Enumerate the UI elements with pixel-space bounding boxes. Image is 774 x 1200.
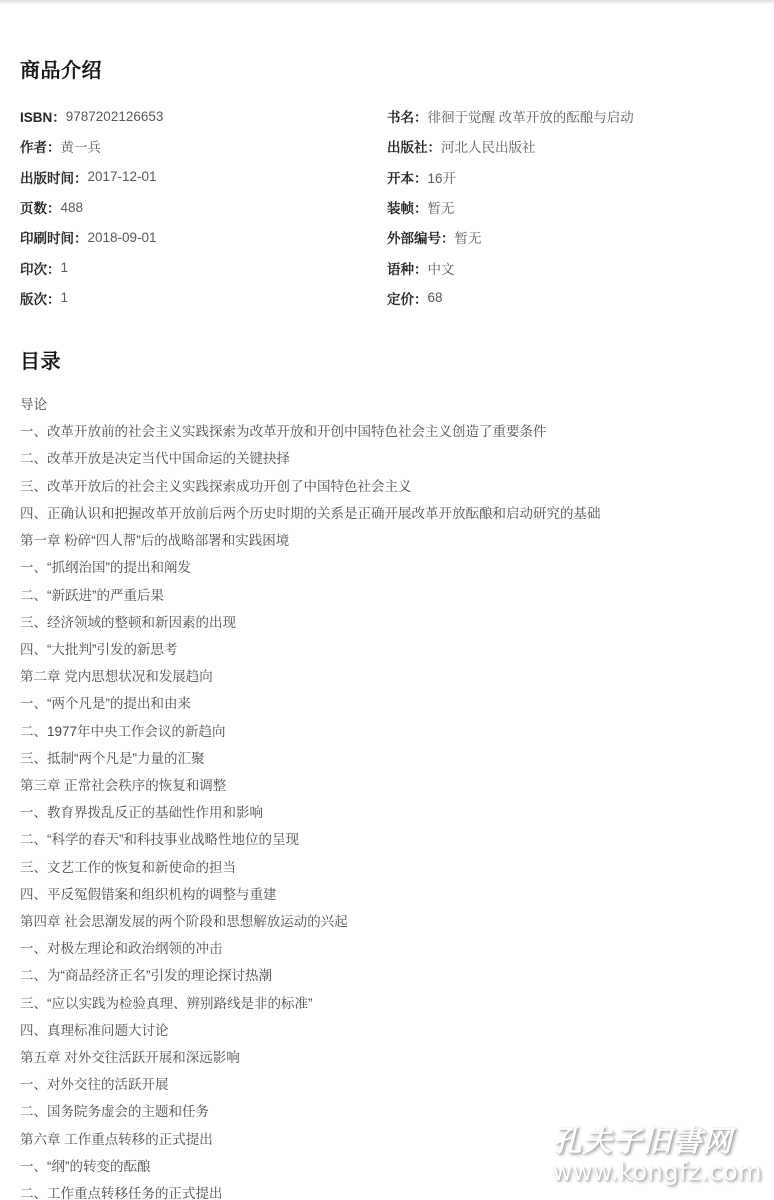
toc-item-11: 一、“两个凡是”的提出和由来 bbox=[20, 690, 758, 717]
toc-item-18: 四、平反冤假错案和组织机构的调整与重建 bbox=[20, 881, 758, 908]
toc-item-13: 三、抵制“两个凡是”力量的汇聚 bbox=[20, 745, 758, 772]
info-field-label: 书名： bbox=[387, 106, 428, 126]
toc-item-7: 二、“新跃进”的严重后果 bbox=[20, 582, 758, 609]
info-field-value: 2018-09-01 bbox=[88, 230, 157, 245]
info-field-value: 中文 bbox=[428, 258, 455, 278]
product-description-page: 商品介绍 ISBN：9787202126653书名：徘徊于觉醒 改革开放的酝酿与… bbox=[0, 0, 774, 1200]
info-field-label: ISBN： bbox=[20, 106, 66, 126]
product-section-title: 商品介绍 bbox=[20, 59, 758, 83]
toc-item-26: 二、国务院务虚会的主题和任务 bbox=[20, 1098, 758, 1125]
toc-item-29: 二、工作重点转移任务的正式提出 bbox=[20, 1180, 758, 1200]
toc-section-title: 目录 bbox=[20, 350, 758, 374]
info-field-label: 出版时间： bbox=[20, 167, 88, 187]
toc-item-22: 三、“应以实践为检验真理、辨别路线是非的标准” bbox=[20, 990, 758, 1017]
info-field-left-2: 出版时间：2017-12-01 bbox=[20, 162, 387, 192]
info-field-label: 页数： bbox=[20, 197, 61, 217]
info-field-right-3: 装帧：暂无 bbox=[387, 192, 758, 222]
info-field-right-4: 外部编号：暂无 bbox=[387, 222, 758, 252]
info-field-label: 版次： bbox=[20, 288, 61, 308]
info-field-value: 暂无 bbox=[455, 227, 482, 247]
info-field-value: 2017-12-01 bbox=[88, 169, 157, 184]
toc-item-10: 第二章 党内思想状况和发展趋向 bbox=[20, 663, 758, 690]
info-field-right-5: 语种：中文 bbox=[387, 252, 758, 282]
toc-item-15: 一、教育界拨乱反正的基础性作用和影响 bbox=[20, 799, 758, 826]
toc-item-3: 三、改革开放后的社会主义实践探索成功开创了中国特色社会主义 bbox=[20, 473, 758, 500]
toc-item-0: 导论 bbox=[20, 391, 758, 418]
info-field-left-4: 印刷时间：2018-09-01 bbox=[20, 222, 387, 252]
page-content: 商品介绍 ISBN：9787202126653书名：徘徊于觉醒 改革开放的酝酿与… bbox=[0, 59, 774, 1200]
info-field-value: 河北人民出版社 bbox=[441, 136, 536, 156]
toc-item-25: 一、对外交往的活跃开展 bbox=[20, 1071, 758, 1098]
info-field-value: 68 bbox=[428, 290, 443, 305]
toc-item-17: 三、文艺工作的恢复和新使命的担当 bbox=[20, 854, 758, 881]
toc-item-21: 二、为“商品经济正名”引发的理论探讨热潮 bbox=[20, 962, 758, 989]
info-field-label: 开本： bbox=[387, 167, 428, 187]
info-field-value: 1 bbox=[61, 260, 69, 275]
info-field-value: 16开 bbox=[428, 167, 457, 187]
toc-item-20: 一、对极左理论和政治纲领的冲击 bbox=[20, 935, 758, 962]
top-divider bbox=[0, 0, 774, 4]
info-field-value: 暂无 bbox=[428, 197, 455, 217]
info-field-label: 印次： bbox=[20, 258, 61, 278]
toc-item-9: 四、“大批判”引发的新思考 bbox=[20, 636, 758, 663]
toc-item-14: 第三章 正常社会秩序的恢复和调整 bbox=[20, 772, 758, 799]
toc-item-4: 四、正确认识和把握改革开放前后两个历史时期的关系是正确开展改革开放酝酿和启动研究… bbox=[20, 500, 758, 527]
toc-item-1: 一、改革开放前的社会主义实践探索为改革开放和开创中国特色社会主义创造了重要条件 bbox=[20, 418, 758, 445]
info-field-left-1: 作者：黄一兵 bbox=[20, 131, 387, 161]
info-field-label: 语种： bbox=[387, 258, 428, 278]
info-field-left-5: 印次：1 bbox=[20, 252, 387, 282]
info-field-right-6: 定价：68 bbox=[387, 283, 758, 313]
info-field-value: 488 bbox=[61, 200, 84, 215]
toc-item-27: 第六章 工作重点转移的正式提出 bbox=[20, 1126, 758, 1153]
info-field-value: 9787202126653 bbox=[66, 109, 164, 124]
toc-item-6: 一、“抓纲治国”的提出和阐发 bbox=[20, 554, 758, 581]
info-field-left-3: 页数：488 bbox=[20, 192, 387, 222]
info-field-value: 黄一兵 bbox=[61, 136, 102, 156]
toc-item-12: 二、1977年中央工作会议的新趋向 bbox=[20, 718, 758, 745]
toc-item-2: 二、改革开放是决定当代中国命运的关键抉择 bbox=[20, 445, 758, 472]
toc-item-23: 四、真理标准问题大讨论 bbox=[20, 1017, 758, 1044]
toc-list: 导论一、改革开放前的社会主义实践探索为改革开放和开创中国特色社会主义创造了重要条… bbox=[20, 391, 758, 1200]
info-field-right-2: 开本：16开 bbox=[387, 162, 758, 192]
toc-item-24: 第五章 对外交往活跃开展和深远影响 bbox=[20, 1044, 758, 1071]
info-field-value: 1 bbox=[61, 290, 69, 305]
info-field-value: 徘徊于觉醒 改革开放的酝酿与启动 bbox=[428, 106, 634, 126]
product-info-grid: ISBN：9787202126653书名：徘徊于觉醒 改革开放的酝酿与启动作者：… bbox=[20, 101, 758, 313]
toc-item-8: 三、经济领域的整顿和新因素的出现 bbox=[20, 609, 758, 636]
toc-item-5: 第一章 粉碎“四人帮”后的战略部署和实践困境 bbox=[20, 527, 758, 554]
info-field-label: 定价： bbox=[387, 288, 428, 308]
info-field-left-0: ISBN：9787202126653 bbox=[20, 101, 387, 131]
info-field-label: 印刷时间： bbox=[20, 227, 88, 247]
toc-item-28: 一、“纲”的转变的酝酿 bbox=[20, 1153, 758, 1180]
info-field-label: 装帧： bbox=[387, 197, 428, 217]
info-field-right-0: 书名：徘徊于觉醒 改革开放的酝酿与启动 bbox=[387, 101, 758, 131]
info-field-label: 外部编号： bbox=[387, 227, 455, 247]
info-field-left-6: 版次：1 bbox=[20, 283, 387, 313]
toc-item-16: 二、“科学的春天”和科技事业战略性地位的呈现 bbox=[20, 826, 758, 853]
info-field-label: 出版社： bbox=[387, 136, 441, 156]
toc-item-19: 第四章 社会思潮发展的两个阶段和思想解放运动的兴起 bbox=[20, 908, 758, 935]
info-field-right-1: 出版社：河北人民出版社 bbox=[387, 131, 758, 161]
info-field-label: 作者： bbox=[20, 136, 61, 156]
